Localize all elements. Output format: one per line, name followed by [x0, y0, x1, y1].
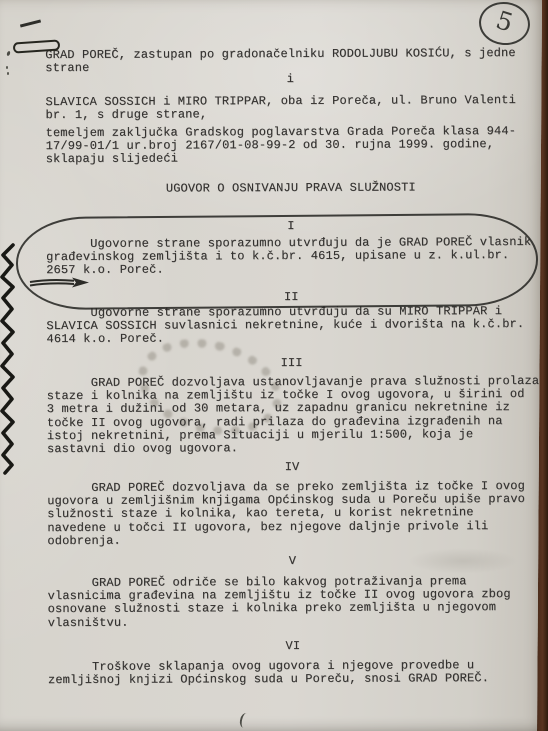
pen-tick-mark-2 [6, 66, 8, 69]
pen-ellipse-highlight [16, 213, 539, 311]
arrow-scribble [28, 276, 92, 290]
section-2-text: Ugovorne strane sporazumno utvrđuju da s… [46, 305, 536, 347]
scanned-contract-photo: { "colors": { "paper": "#d7d4ce", "ink":… [0, 0, 548, 731]
preamble-text: temeljem zaključka Gradskog poglavarstva… [46, 125, 536, 167]
margin-zigzag-scribble [0, 243, 17, 475]
section-4-text: GRAD POREČ dozvoljava da se preko zemlji… [47, 480, 537, 548]
conjunction-text: i [45, 72, 535, 87]
section-4-numeral: IV [47, 460, 537, 475]
page-number-text: 5 [492, 5, 516, 37]
party-2-text: SLAVICA SOSSICH i MIRO TRIPPAR, oba iz P… [45, 94, 535, 123]
section-3-text: GRAD POREČ dozvoljava ustanovljavanje pr… [47, 375, 537, 456]
section-6-numeral: VI [48, 639, 538, 654]
contract-title: UGOVOR O OSNIVANJU PRAVA SLUŽNOSTI [46, 181, 536, 196]
section-5-numeral: V [47, 554, 537, 569]
section-5-text: GRAD POREČ odriče se bilo kakvog potraži… [48, 575, 538, 630]
section-6-text: Troškove sklapanja ovog ugovora i njegov… [48, 659, 538, 688]
section-3-numeral: III [47, 356, 537, 371]
